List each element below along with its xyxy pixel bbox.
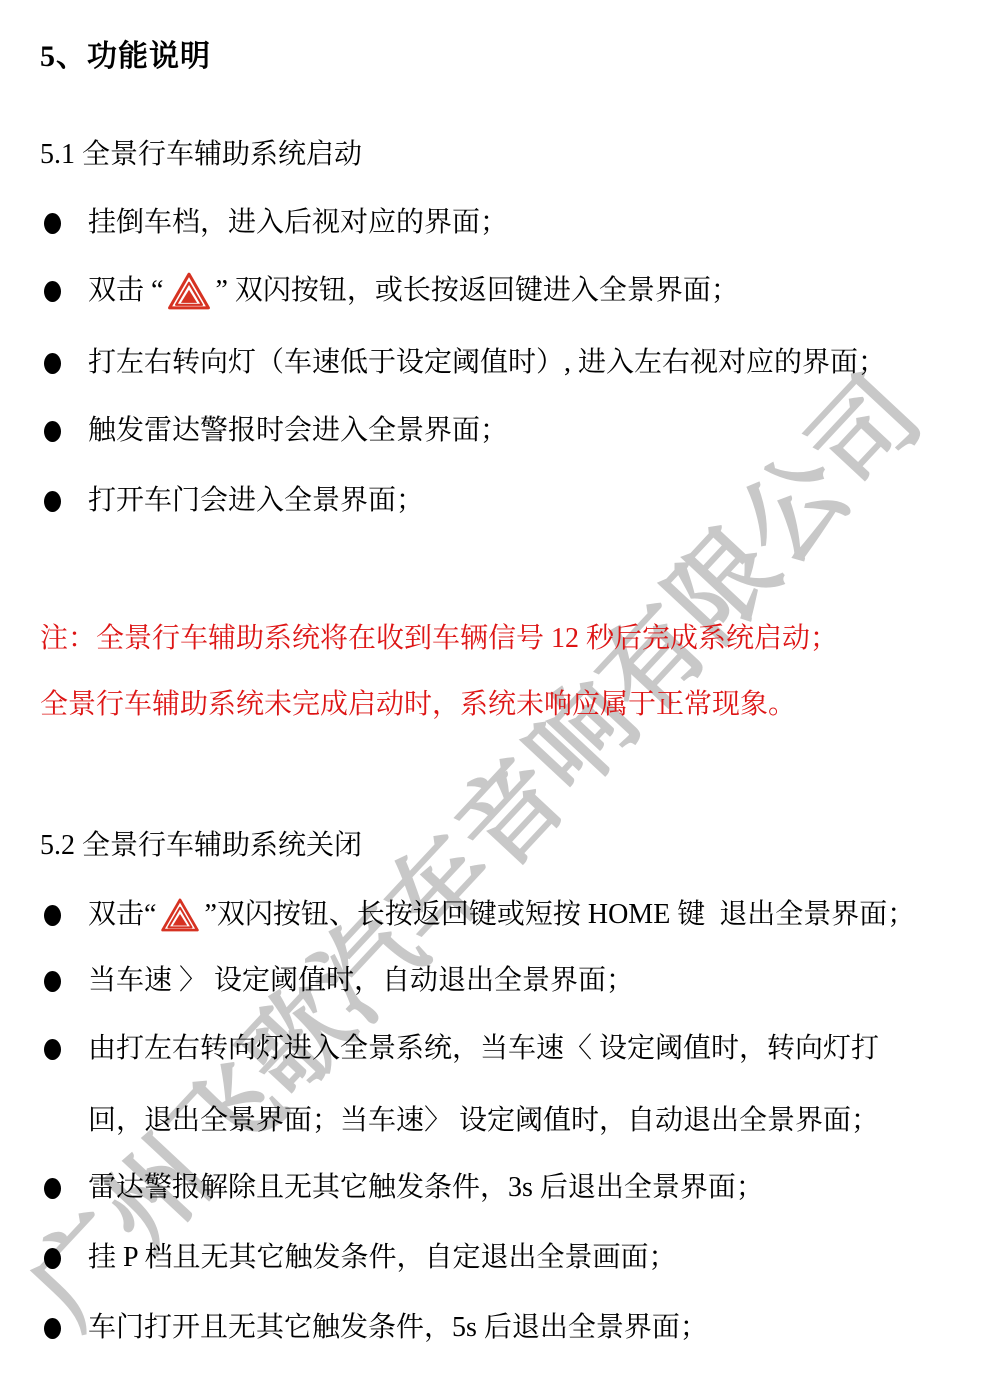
list-item: 挂倒车档，进入后视对应的界面；	[44, 206, 508, 240]
bullet-marker-icon	[44, 491, 61, 512]
list-item-text-line2: 回，退出全景界面；当车速〉 设定阈值时，自动退出全景界面；	[88, 1104, 879, 1138]
bullet-marker-icon	[44, 1318, 61, 1339]
list-item-text: 挂倒车档，进入后视对应的界面；	[88, 206, 508, 240]
bullet-marker-icon	[44, 1178, 61, 1199]
hazard-warning-icon	[167, 272, 211, 310]
list-item-text: 雷达警报解除且无其它触发条件，3s 后退出全景界面；	[88, 1171, 764, 1205]
list-item-text: 双击“	[88, 898, 156, 932]
list-item: 触发雷达警报时会进入全景界面；	[44, 414, 508, 448]
list-item: 挂 P 档且无其它触发条件，自定退出全景画面；	[44, 1241, 677, 1275]
list-item: 由打左右转向灯进入全景系统，当车速〈 设定阈值时，转向灯打 回，退出全景界面；当…	[44, 1032, 879, 1138]
list-item-text: 当车速 〉 设定阈值时，自动退出全景界面；	[88, 964, 634, 998]
list-item: 打开车门会进入全景界面；	[44, 484, 424, 518]
list-item: 打左右转向灯（车速低于设定阈值时）, 进入左右视对应的界面；	[44, 346, 886, 380]
note-text-line1: 注：全景行车辅助系统将在收到车辆信号 12 秒后完成系统启动；	[40, 622, 838, 656]
bullet-marker-icon	[44, 281, 61, 302]
bullet-marker-icon	[44, 353, 61, 374]
section-5-1-heading: 5.1 全景行车辅助系统启动	[40, 138, 362, 172]
hazard-warning-icon	[160, 898, 200, 932]
doc-title: 5、功能说明	[40, 40, 211, 74]
list-item: 双击“ ”双闪按钮、长按返回键或短按 HOME 键 退出全景界面；	[44, 898, 915, 932]
list-item-text: 车门打开且无其它触发条件，5s 后退出全景界面；	[88, 1311, 708, 1345]
list-item-text: ”双闪按钮、长按返回键或短按 HOME 键 退出全景界面；	[204, 898, 915, 932]
list-item: 当车速 〉 设定阈值时，自动退出全景界面；	[44, 964, 634, 998]
list-item-text: ” 双闪按钮，或长按返回键进入全景界面；	[215, 274, 738, 308]
note-text-line2: 全景行车辅助系统未完成启动时，系统未响应属于正常现象。	[40, 688, 796, 722]
list-item-text: 挂 P 档且无其它触发条件，自定退出全景画面；	[88, 1241, 677, 1275]
bullet-marker-icon	[44, 421, 61, 442]
list-item: 双击 “ ” 双闪按钮，或长按返回键进入全景界面；	[44, 272, 739, 310]
list-item-text: 打左右转向灯（车速低于设定阈值时）, 进入左右视对应的界面；	[88, 346, 886, 380]
document-page: 广州飞歌汽车音响有限公司 5、功能说明 5.1 全景行车辅助系统启动 挂倒车档，…	[0, 0, 1000, 1391]
bullet-marker-icon	[44, 1248, 61, 1269]
section-5-2-heading: 5.2 全景行车辅助系统关闭	[40, 829, 362, 863]
bullet-marker-icon	[44, 905, 61, 926]
list-item: 车门打开且无其它触发条件，5s 后退出全景界面；	[44, 1311, 708, 1345]
bullet-marker-icon	[44, 971, 61, 992]
bullet-marker-icon	[44, 1039, 61, 1060]
list-item-text: 双击 “	[88, 274, 163, 308]
list-item-text: 打开车门会进入全景界面；	[88, 484, 424, 518]
bullet-marker-icon	[44, 213, 61, 234]
list-item-text: 触发雷达警报时会进入全景界面；	[88, 414, 508, 448]
list-item-text-line1: 由打左右转向灯进入全景系统，当车速〈 设定阈值时，转向灯打	[88, 1032, 879, 1066]
list-item: 雷达警报解除且无其它触发条件，3s 后退出全景界面；	[44, 1171, 764, 1205]
